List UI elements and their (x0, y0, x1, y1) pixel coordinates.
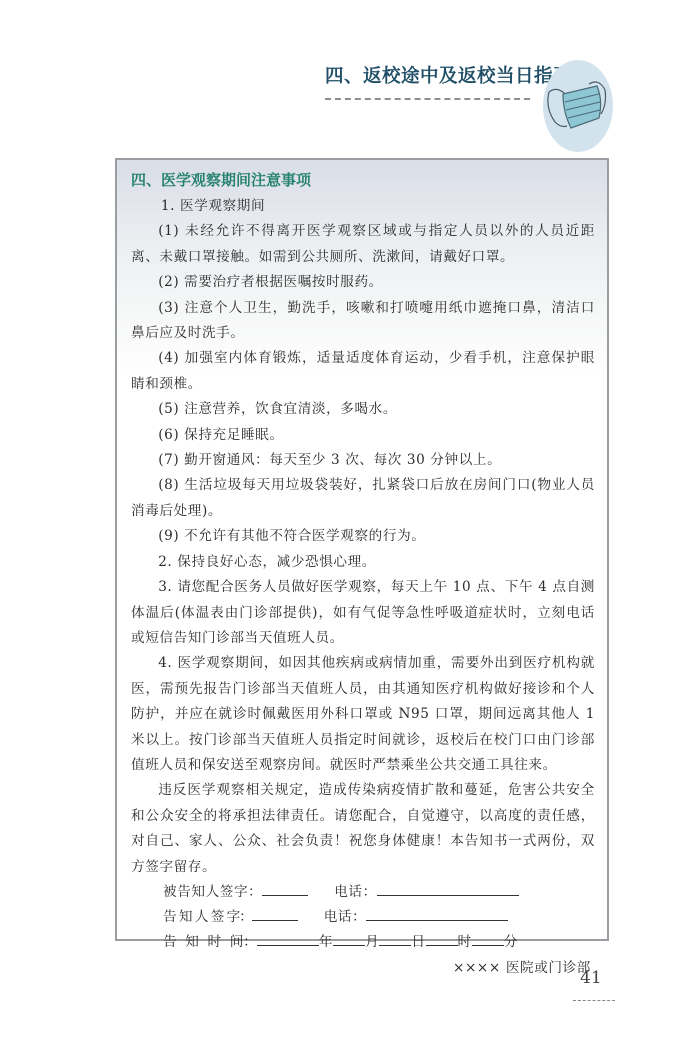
notified-sign-label: 被告知人签字： (163, 880, 262, 905)
section-2: 2. 保持良好心态，减少恐惧心理。 (131, 550, 595, 575)
item-4: (4) 加强室内体育锻炼，适量适度体育运动，少看手机，注意保护眼睛和颈椎。 (131, 346, 595, 397)
notice-box: 四、医学观察期间注意事项 1. 医学观察期间 (1) 未经允许不得离开医学观察区… (115, 158, 609, 941)
item-2: (2) 需要治疗者根据医嘱按时服药。 (131, 270, 595, 295)
notice-time-row: 告 知 时 间：年月日时分 (131, 930, 595, 955)
notice-heading: 四、医学观察期间注意事项 (131, 168, 595, 192)
item-1: (1) 未经允许不得离开医学观察区域或与指定人员以外的人员近距离、未戴口罩接触。… (131, 219, 595, 270)
notified-phone-label: 电话： (334, 880, 377, 905)
day-field[interactable] (379, 931, 411, 946)
item-5: (5) 注意营养，饮食宜清淡，多喝水。 (131, 397, 595, 422)
notifier-phone-label: 电话： (324, 905, 367, 930)
item-6: (6) 保持充足睡眠。 (131, 423, 595, 448)
face-mask-icon (543, 60, 613, 152)
item-3: (3) 注意个人卫生，勤洗手，咳嗽和打喷嚏用纸巾遮掩口鼻，清洁口鼻后应及时洗手。 (131, 296, 595, 347)
year-field[interactable] (257, 931, 319, 946)
section-4: 4. 医学观察期间，如因其他疾病或病情加重，需要外出到医疗机构就医，需预先报告门… (131, 651, 595, 778)
minute-label: 分 (504, 934, 518, 950)
notifier-phone-field[interactable] (366, 906, 508, 921)
section-1-title: 1. 医学观察期间 (131, 194, 595, 219)
item-9: (9) 不允许有其他不符合医学观察的行为。 (131, 524, 595, 549)
dashed-divider (325, 98, 530, 100)
chapter-header: 四、返校途中及返校当日指引 (325, 62, 535, 100)
minute-field[interactable] (472, 931, 504, 946)
time-label: 告 知 时 间： (163, 930, 257, 955)
hour-field[interactable] (426, 931, 458, 946)
page-number-dash (573, 1000, 615, 1001)
item-7: (7) 勤开窗通风：每天至少 3 次、每次 30 分钟以上。 (131, 448, 595, 473)
notifier-sign-field[interactable] (252, 906, 298, 921)
notifier-sign-label: 告 知 人 签 字： (163, 905, 252, 930)
day-label: 日 (411, 934, 425, 950)
notified-phone-field[interactable] (377, 881, 519, 896)
hour-label: 时 (458, 934, 472, 950)
section-3: 3. 请您配合医务人员做好医学观察，每天上午 10 点、下午 4 点自测体温后(… (131, 575, 595, 651)
notified-signature-row: 被告知人签字： 电话： (131, 880, 595, 905)
legal-warning: 违反医学观察相关规定，造成传染病疫情扩散和蔓延，危害公共安全和公众安全的将承担法… (131, 778, 595, 880)
chapter-title: 四、返校途中及返校当日指引 (325, 62, 535, 88)
item-8: (8) 生活垃圾每天用垃圾袋装好，扎紧袋口后放在房间门口(物业人员消毒后处理)。 (131, 473, 595, 524)
issuing-organization: ×××× 医院或门诊部 (131, 955, 595, 981)
month-field[interactable] (333, 931, 365, 946)
month-label: 月 (365, 934, 379, 950)
notified-sign-field[interactable] (262, 881, 308, 896)
notifier-signature-row: 告 知 人 签 字： 电话： (131, 905, 595, 930)
year-label: 年 (319, 934, 333, 950)
page-number: 41 (580, 968, 602, 988)
